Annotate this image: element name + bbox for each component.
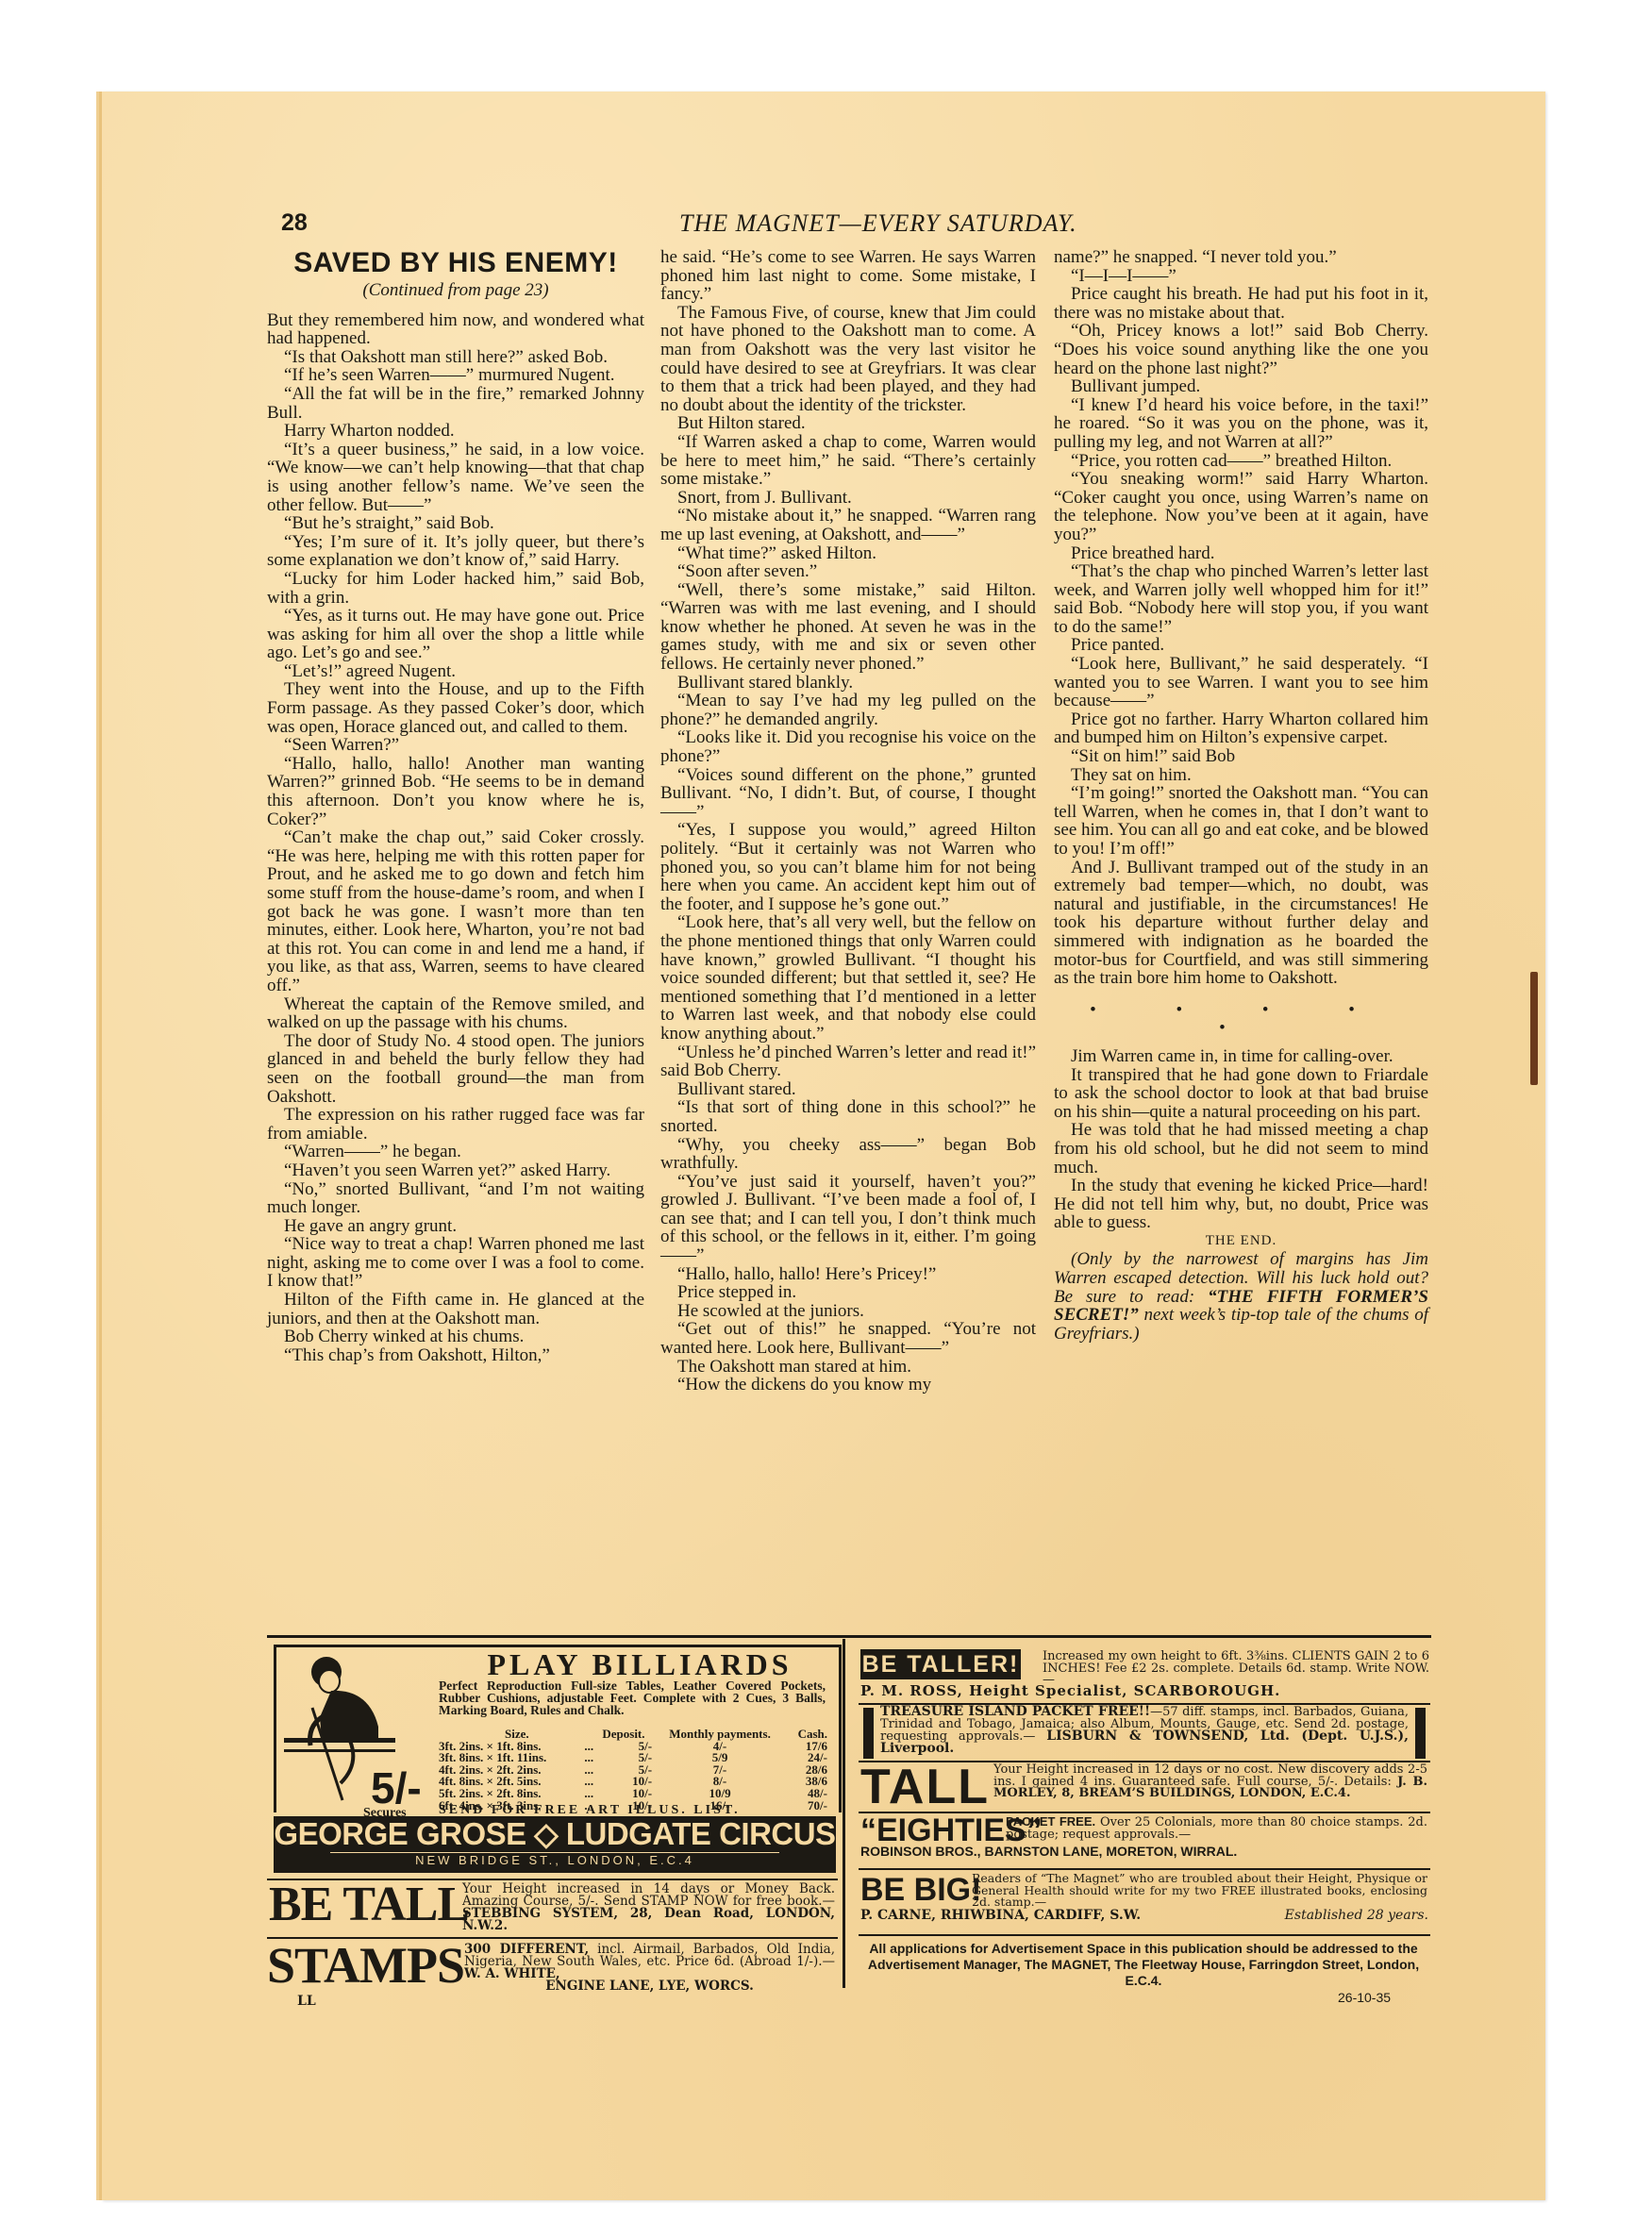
story-paragraph: “Unless he’d pinched Warren’s letter and…	[660, 1044, 1036, 1080]
story-paragraph: Hilton of the Fifth came in. He glanced …	[267, 1291, 644, 1328]
column-2-text: he said. “He’s come to see Warren. He sa…	[660, 248, 1036, 1395]
story-paragraph: They sat on him.	[1054, 766, 1428, 785]
binding-mark	[1530, 972, 1538, 1085]
story-paragraph: But Hilton stared.	[660, 414, 1036, 433]
story-paragraph: “Is that sort of thing done in this scho…	[660, 1098, 1036, 1135]
stamps-body: 300 DIFFERENT, incl. Airmail, Barbados, …	[464, 1944, 835, 1993]
story-paragraph: Snort, from J. Bullivant.	[660, 489, 1036, 508]
story-paragraph: “Nice way to treat a chap! Warren phoned…	[267, 1235, 644, 1291]
ads-divider	[267, 1635, 1431, 1638]
grose-banner-main: GEORGE GROSE ◇ LUDGATE CIRCUS	[274, 1816, 836, 1852]
section-break: • • • • •	[1054, 1001, 1428, 1038]
story-paragraph: “Price, you rotten cad——” breathed Hilto…	[1054, 452, 1428, 471]
story-paragraph: “Looks like it. Did you recognise his vo…	[660, 728, 1036, 765]
story-paragraph: “I—I—I——”	[1054, 267, 1428, 286]
story-paragraph: “Can’t make the chap out,” said Coker cr…	[267, 828, 644, 994]
story-paragraph: “Lucky for him Loder hacked him,” said B…	[267, 570, 644, 607]
story-paragraph: Price caught his breath. He had put his …	[1054, 285, 1428, 322]
story-paragraph: “Let’s!” agreed Nugent.	[267, 662, 644, 681]
story-paragraph: He was told that he had missed meeting a…	[1054, 1121, 1428, 1177]
story-paragraph: “Why, you cheeky ass——” began Bob wrathf…	[660, 1136, 1036, 1173]
story-paragraph: “You’ve just said it yourself, haven’t y…	[660, 1173, 1036, 1265]
story-paragraph: “But he’s straight,” said Bob.	[267, 514, 644, 533]
column-3-ending: Jim Warren came in, in time for calling-…	[1054, 1047, 1428, 1232]
story-paragraph: Price panted.	[1054, 636, 1428, 655]
story-paragraph: “Look here, Bullivant,” he said desperat…	[1054, 655, 1428, 710]
story-paragraph: Price stepped in.	[660, 1283, 1036, 1302]
billiards-title: PLAY BILLIARDS	[446, 1647, 833, 1682]
advertising-note: All applications for Advertisement Space…	[859, 1941, 1428, 1989]
be-big-body: Readers of “The Magnet” who are troubled…	[972, 1873, 1427, 1909]
story-paragraph: Bullivant jumped.	[1054, 377, 1428, 396]
story-paragraph: “Warren——” he began.	[267, 1143, 644, 1161]
story-paragraph: Bob Cherry winked at his chums.	[267, 1328, 644, 1346]
story-column-2: he said. “He’s come to see Warren. He sa…	[660, 248, 1036, 1395]
billiards-description: Perfect Reproduction Full-size Tables, L…	[439, 1679, 826, 1716]
story-paragraph: “Haven’t you seen Warren yet?” asked Har…	[267, 1161, 644, 1180]
story-paragraph: “This chap’s from Oakshott, Hilton,”	[267, 1346, 644, 1365]
be-big-footer: P. CARNE, RHIWBINA, CARDIFF, S.W. Establ…	[860, 1910, 1428, 1922]
story-paragraph: “It’s a queer business,” he said, in a l…	[267, 441, 644, 514]
story-title: SAVED BY HIS ENEMY!	[267, 247, 644, 279]
story-paragraph: He gave an angry grunt.	[267, 1217, 644, 1236]
story-paragraph: “Get out of this!” he snapped. “You’re n…	[660, 1320, 1036, 1357]
story-paragraph: “You sneaking worm!” said Harry Wharton.…	[1054, 470, 1428, 543]
be-tall-headline: BE TALL	[269, 1878, 469, 1932]
story-paragraph: “If Warren asked a chap to come, Warren …	[660, 433, 1036, 489]
story-paragraph: “No mistake about it,” he snapped. “Warr…	[660, 507, 1036, 543]
the-end: THE END.	[1054, 1232, 1428, 1251]
story-paragraph: he said. “He’s come to see Warren. He sa…	[660, 248, 1036, 304]
story-paragraph: Price got no farther. Harry Wharton coll…	[1054, 710, 1428, 747]
story-paragraph: “Sit on him!” said Bob	[1054, 747, 1428, 766]
story-paragraph: “Look here, that’s all very well, but th…	[660, 913, 1036, 1043]
column-3-text: name?” he snapped. “I never told you.”“I…	[1054, 248, 1428, 988]
be-big-headline: BE BIG!	[860, 1871, 981, 1909]
story-paragraph: “That’s the chap who pinched Warren’s le…	[1054, 562, 1428, 636]
story-paragraph: Bullivant stared blankly.	[660, 674, 1036, 693]
story-paragraph: “Yes; I’m sure of it. It’s jolly queer, …	[267, 533, 644, 570]
treasure-bar-left	[863, 1708, 874, 1759]
tall-body: Your Height increased in 12 days or no c…	[993, 1764, 1427, 1800]
story-paragraph: “Hallo, hallo, hallo! Another man wantin…	[267, 755, 644, 828]
story-paragraph: He scowled at the juniors.	[660, 1302, 1036, 1321]
story-subtitle: (Continued from page 23)	[267, 281, 644, 300]
story-paragraph: The Famous Five, of course, knew that Ji…	[660, 304, 1036, 415]
story-paragraph: But they remembered him now, and wondere…	[267, 311, 644, 348]
story-paragraph: Harry Wharton nodded.	[267, 422, 644, 441]
treasure-island-ad: TREASURE ISLAND PACKET FREE!!—57 diff. s…	[880, 1706, 1409, 1755]
story-paragraph: They went into the House, and up to the …	[267, 680, 644, 736]
be-taller-address: P. M. ROSS, Height Specialist, SCARBOROU…	[860, 1685, 1427, 1697]
story-paragraph: “Yes, I suppose you would,” agreed Hilto…	[660, 821, 1036, 913]
story-paragraph: In the study that evening he kicked Pric…	[1054, 1177, 1428, 1232]
be-taller-body: Increased my own height to 6ft. 3⅜ins. C…	[1043, 1651, 1429, 1687]
running-head: THE MAGNET—EVERY SATURDAY.	[679, 209, 1077, 238]
story-paragraph: The door of Study No. 4 stood open. The …	[267, 1032, 644, 1106]
story-paragraph: “I knew I’d heard his voice before, in t…	[1054, 396, 1428, 452]
next-week-note: (Only by the narrowest of margins has Ji…	[1054, 1250, 1428, 1343]
tall-headline: TALL	[860, 1761, 990, 1813]
story-paragraph: “Oh, Pricey knows a lot!” said Bob Cherr…	[1054, 322, 1428, 377]
story-paragraph: “How the dickens do you know my	[660, 1376, 1036, 1395]
be-taller-headline: BE TALLER!	[860, 1649, 1021, 1679]
story-paragraph: name?” he snapped. “I never told you.”	[1054, 248, 1428, 267]
billiards-price-table: Size. Deposit. Monthly payments. Cash. 3…	[439, 1729, 827, 1812]
page-number: 28	[281, 209, 308, 237]
story-paragraph: “Seen Warren?”	[267, 736, 644, 755]
column-1-text: But they remembered him now, and wondere…	[267, 311, 644, 1365]
story-paragraph: “Mean to say I’ve had my leg pulled on t…	[660, 692, 1036, 728]
story-paragraph: “I’m going!” snorted the Oakshott man. “…	[1054, 784, 1428, 858]
story-paragraph: “If he’s seen Warren——” murmured Nugent.	[267, 366, 644, 385]
story-paragraph: “Is that Oakshott man still here?” asked…	[267, 348, 644, 367]
ad-divider	[859, 1934, 1430, 1936]
ad-divider	[859, 1868, 1430, 1870]
story-paragraph: Bullivant stared.	[660, 1080, 1036, 1099]
story-paragraph: “Yes, as it turns out. He may have gone …	[267, 607, 644, 662]
story-paragraph: “No,” snorted Bullivant, “and I’m not wa…	[267, 1180, 644, 1217]
story-column-1: SAVED BY HIS ENEMY! (Continued from page…	[267, 247, 644, 1364]
eighties-address: ROBINSON BROS., BARNSTON LANE, MORETON, …	[860, 1846, 1428, 1858]
story-paragraph: It transpired that he had gone down to F…	[1054, 1066, 1428, 1122]
grose-banner-address: NEW BRIDGE ST., LONDON, E.C.4	[330, 1852, 779, 1868]
story-paragraph: “Well, there’s some mistake,” said Hilto…	[660, 581, 1036, 674]
billiards-ad: PLAY BILLIARDS Perfect Reproduction Full…	[274, 1645, 842, 1812]
story-paragraph: Price breathed hard.	[1054, 544, 1428, 563]
story-paragraph: Jim Warren came in, in time for calling-…	[1054, 1047, 1428, 1066]
story-paragraph: “Hallo, hallo, hallo! Here’s Pricey!”	[660, 1265, 1036, 1284]
be-tall-body: Your Height increased in 14 days or Mone…	[462, 1883, 835, 1932]
treasure-bar-right	[1415, 1708, 1426, 1759]
story-paragraph: “Soon after seven.”	[660, 562, 1036, 581]
story-paragraph: Whereat the captain of the Remove smiled…	[267, 995, 644, 1032]
george-grose-banner: GEORGE GROSE ◇ LUDGATE CIRCUS NEW BRIDGE…	[274, 1816, 836, 1873]
ads-vertical-divider	[843, 1639, 845, 1988]
story-paragraph: “All the fat will be in the fire,” remar…	[267, 385, 644, 422]
eighties-body: PACKET FREE. Over 25 Colonials, more tha…	[1006, 1815, 1427, 1841]
story-paragraph: The expression on his rather rugged face…	[267, 1106, 644, 1143]
stamps-headline: STAMPS	[267, 1937, 464, 1994]
printer-code: LL	[297, 1994, 316, 2009]
story-paragraph: The Oakshott man stared at him.	[660, 1358, 1036, 1377]
issue-date: 26-10-35	[1338, 1990, 1391, 2005]
story-paragraph: And J. Bullivant tramped out of the stud…	[1054, 859, 1428, 988]
story-paragraph: “What time?” asked Hilton.	[660, 544, 1036, 563]
story-column-3: name?” he snapped. “I never told you.”“I…	[1054, 248, 1428, 1343]
story-paragraph: “Voices sound different on the phone,” g…	[660, 766, 1036, 822]
